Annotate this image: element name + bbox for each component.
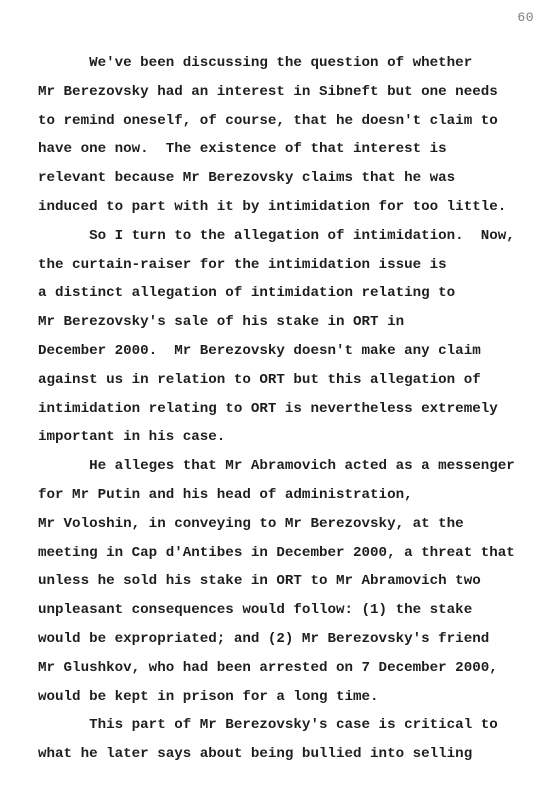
transcript-line: meeting in Cap d'Antibes in December 200… — [38, 539, 558, 568]
transcript-line: relevant because Mr Berezovsky claims th… — [38, 164, 558, 193]
transcript-line: have one now. The existence of that inte… — [38, 135, 558, 164]
transcript-line: against us in relation to ORT but this a… — [38, 366, 558, 395]
transcript-page: 60 We've been discussing the question of… — [0, 0, 558, 789]
transcript-line: would be kept in prison for a long time. — [38, 683, 558, 712]
transcript-line: So I turn to the allegation of intimidat… — [38, 222, 558, 251]
transcript-line: Mr Berezovsky had an interest in Sibneft… — [38, 78, 558, 107]
transcript-line: to remind oneself, of course, that he do… — [38, 107, 558, 136]
transcript-line: would be expropriated; and (2) Mr Berezo… — [38, 625, 558, 654]
transcript-line: Mr Berezovsky's sale of his stake in ORT… — [38, 308, 558, 337]
transcript-line: Mr Voloshin, in conveying to Mr Berezovs… — [38, 510, 558, 539]
transcript-text-block: We've been discussing the question of wh… — [38, 49, 558, 769]
transcript-line: what he later says about being bullied i… — [38, 740, 558, 769]
transcript-line: induced to part with it by intimidation … — [38, 193, 558, 222]
transcript-line: This part of Mr Berezovsky's case is cri… — [38, 711, 558, 740]
transcript-line: unpleasant consequences would follow: (1… — [38, 596, 558, 625]
transcript-line: important in his case. — [38, 423, 558, 452]
transcript-line: December 2000. Mr Berezovsky doesn't mak… — [38, 337, 558, 366]
transcript-line: a distinct allegation of intimidation re… — [38, 279, 558, 308]
transcript-line: Mr Glushkov, who had been arrested on 7 … — [38, 654, 558, 683]
transcript-line: He alleges that Mr Abramovich acted as a… — [38, 452, 558, 481]
transcript-line: intimidation relating to ORT is neverthe… — [38, 395, 558, 424]
page-number: 60 — [517, 10, 534, 25]
transcript-line: unless he sold his stake in ORT to Mr Ab… — [38, 567, 558, 596]
transcript-line: the curtain-raiser for the intimidation … — [38, 251, 558, 280]
transcript-line: We've been discussing the question of wh… — [38, 49, 558, 78]
transcript-line: for Mr Putin and his head of administrat… — [38, 481, 558, 510]
